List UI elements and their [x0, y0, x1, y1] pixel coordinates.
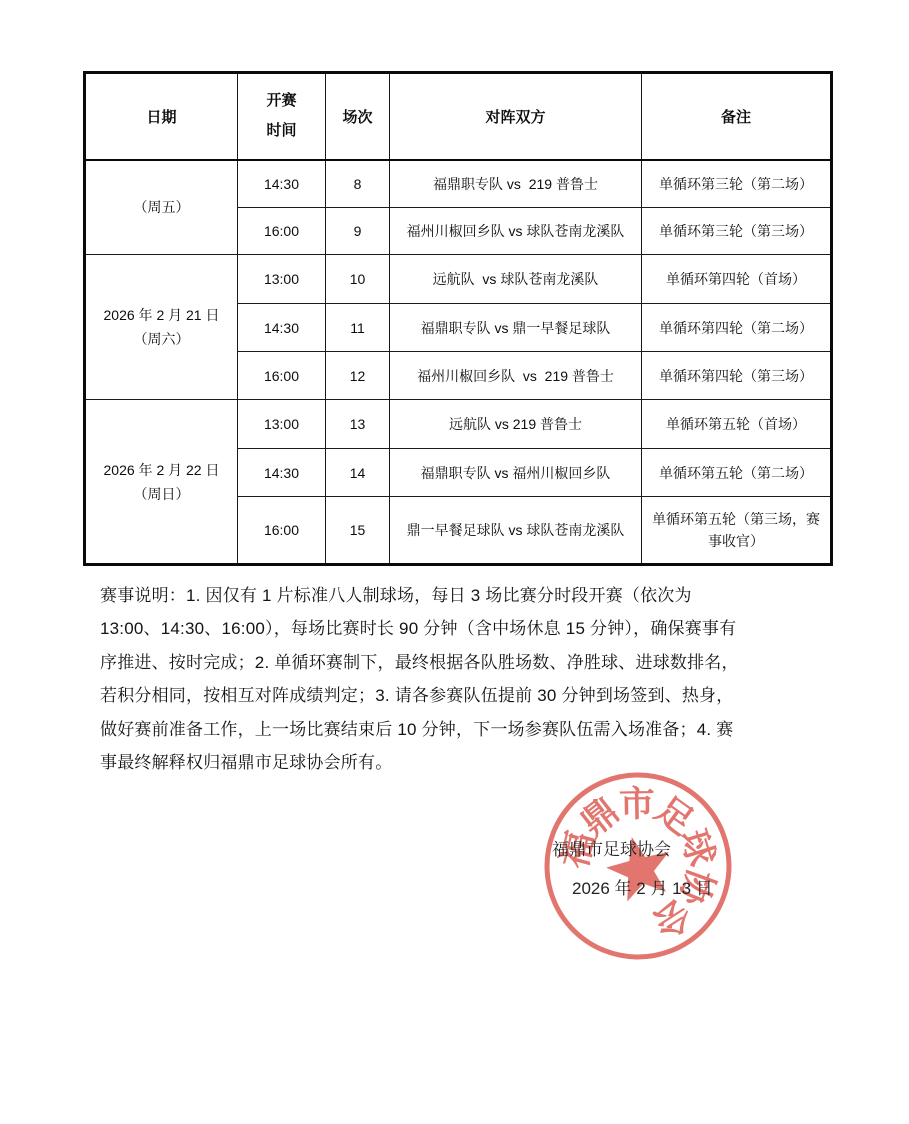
teams-cell: 福鼎职专队 vs 219 普鲁士 — [390, 160, 642, 208]
match-no-cell: 12 — [326, 352, 390, 400]
col-header-teams-label: 对阵双方 — [485, 109, 545, 126]
time-cell: 13:00 — [238, 255, 326, 304]
time-cell: 14:30 — [238, 304, 326, 352]
teams-cell: 鼎一早餐足球队 vs 球队苍南龙溪队 — [390, 497, 642, 565]
remark-cell: 单循环第四轮（第三场） — [642, 352, 832, 400]
note-line: 做好赛前准备工作，上一场比赛结束后 10 分钟，下一场参赛队伍需入场准备；4. … — [100, 713, 830, 746]
teams-cell: 福鼎职专队 vs 鼎一早餐足球队 — [390, 304, 642, 352]
col-header-time: 开赛 时间 — [238, 73, 326, 160]
association-seal-stamp-icon: 福 鼎 市 足 球 协 会 — [540, 766, 740, 966]
signature-date: 2026 年 2 月 13 日 — [572, 874, 713, 899]
weekday-label: （周日） — [90, 482, 233, 506]
signature-organization: 福鼎市足球协会 — [552, 835, 671, 860]
col-header-time-line1: 开赛 — [242, 86, 321, 116]
table-row: 2026 年 2 月 22 日 （周日） 13:00 13 远航队 vs 219… — [85, 400, 832, 449]
date-group-sunday: 2026 年 2 月 22 日 （周日） — [85, 400, 238, 565]
date-group-saturday: 2026 年 2 月 21 日 （周六） — [85, 255, 238, 400]
event-notes-paragraph: 赛事说明：1. 因仅有 1 片标准八人制球场，每日 3 场比赛分时段开赛（依次为… — [100, 579, 830, 779]
time-cell: 16:00 — [238, 497, 326, 565]
col-header-date: 日期 — [85, 73, 238, 160]
remark-cell: 单循环第五轮（首场） — [642, 400, 832, 449]
match-no-cell: 9 — [326, 208, 390, 255]
match-no-cell: 14 — [326, 449, 390, 497]
remark-cell: 单循环第四轮（首场） — [642, 255, 832, 304]
note-line: 赛事说明：1. 因仅有 1 片标准八人制球场，每日 3 场比赛分时段开赛（依次为 — [100, 579, 830, 612]
remark-cell: 单循环第三轮（第三场） — [642, 208, 832, 255]
table-row: 2026 年 2 月 21 日 （周六） 13:00 10 远航队 vs 球队苍… — [85, 255, 832, 304]
note-line: 13:00、14:30、16:00），每场比赛时长 90 分钟（含中场休息 15… — [100, 612, 830, 645]
col-header-match-no: 场次 — [326, 73, 390, 160]
date-label: 2026 年 2 月 21 日 — [90, 303, 233, 327]
col-header-remarks-label: 备注 — [721, 109, 751, 126]
header-row: 日期 开赛 时间 场次 对阵双方 备注 — [85, 73, 832, 160]
col-header-match-no-label: 场次 — [342, 109, 372, 126]
col-header-teams: 对阵双方 — [390, 73, 642, 160]
date-label: 2026 年 2 月 22 日 — [90, 458, 233, 482]
match-no-cell: 8 — [326, 160, 390, 208]
date-group-friday: （周五） — [85, 160, 238, 255]
schedule-table: 日期 开赛 时间 场次 对阵双方 备注 （周五） 14:30 8 福鼎职专队 v… — [83, 71, 833, 566]
match-no-cell: 10 — [326, 255, 390, 304]
teams-cell: 福州川椒回乡队 vs 219 普鲁士 — [390, 352, 642, 400]
teams-cell: 远航队 vs 219 普鲁士 — [390, 400, 642, 449]
time-cell: 14:30 — [238, 160, 326, 208]
time-cell: 16:00 — [238, 208, 326, 255]
remark-cell: 单循环第四轮（第二场） — [642, 304, 832, 352]
note-line: 若积分相同，按相互对阵成绩判定；3. 请各参赛队伍提前 30 分钟到场签到、热身… — [100, 679, 830, 712]
time-cell: 14:30 — [238, 449, 326, 497]
weekday-label: （周六） — [90, 327, 233, 351]
teams-cell: 远航队 vs 球队苍南龙溪队 — [390, 255, 642, 304]
col-header-time-line2: 时间 — [242, 116, 321, 146]
weekday-label: （周五） — [90, 195, 233, 219]
remark-cell: 单循环第三轮（第二场） — [642, 160, 832, 208]
remark-cell: 单循环第五轮（第三场，赛事收官） — [642, 497, 832, 565]
teams-cell: 福鼎职专队 vs 福州川椒回乡队 — [390, 449, 642, 497]
document-page: 日期 开赛 时间 场次 对阵双方 备注 （周五） 14:30 8 福鼎职专队 v… — [0, 0, 909, 1124]
match-no-cell: 15 — [326, 497, 390, 565]
time-cell: 13:00 — [238, 400, 326, 449]
table-row: （周五） 14:30 8 福鼎职专队 vs 219 普鲁士 单循环第三轮（第二场… — [85, 160, 832, 208]
col-header-date-label: 日期 — [146, 109, 176, 126]
time-cell: 16:00 — [238, 352, 326, 400]
col-header-remarks: 备注 — [642, 73, 832, 160]
match-no-cell: 11 — [326, 304, 390, 352]
note-line: 序推进、按时完成；2. 单循环赛制下，最终根据各队胜场数、净胜球、进球数排名， — [100, 646, 830, 679]
remark-cell: 单循环第五轮（第二场） — [642, 449, 832, 497]
teams-cell: 福州川椒回乡队 vs 球队苍南龙溪队 — [390, 208, 642, 255]
match-no-cell: 13 — [326, 400, 390, 449]
